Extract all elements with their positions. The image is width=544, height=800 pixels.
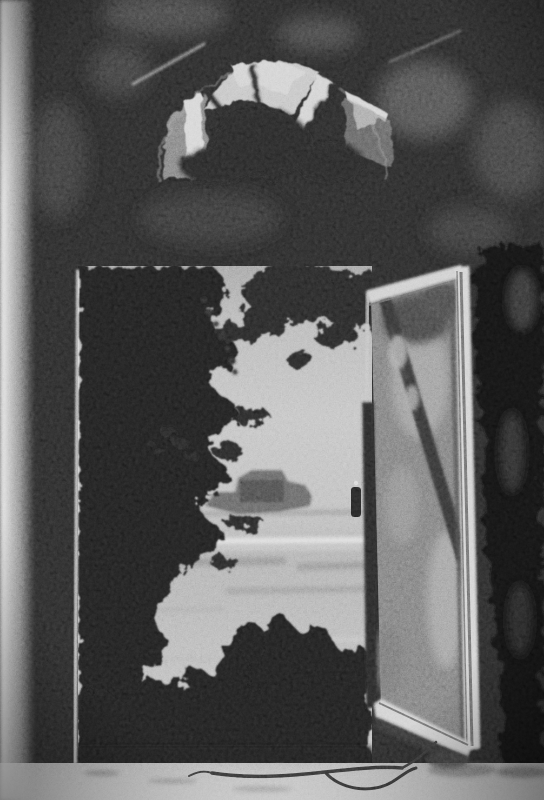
- photo-canvas: [0, 0, 544, 800]
- photograph: [0, 0, 544, 800]
- vignette: [0, 0, 544, 800]
